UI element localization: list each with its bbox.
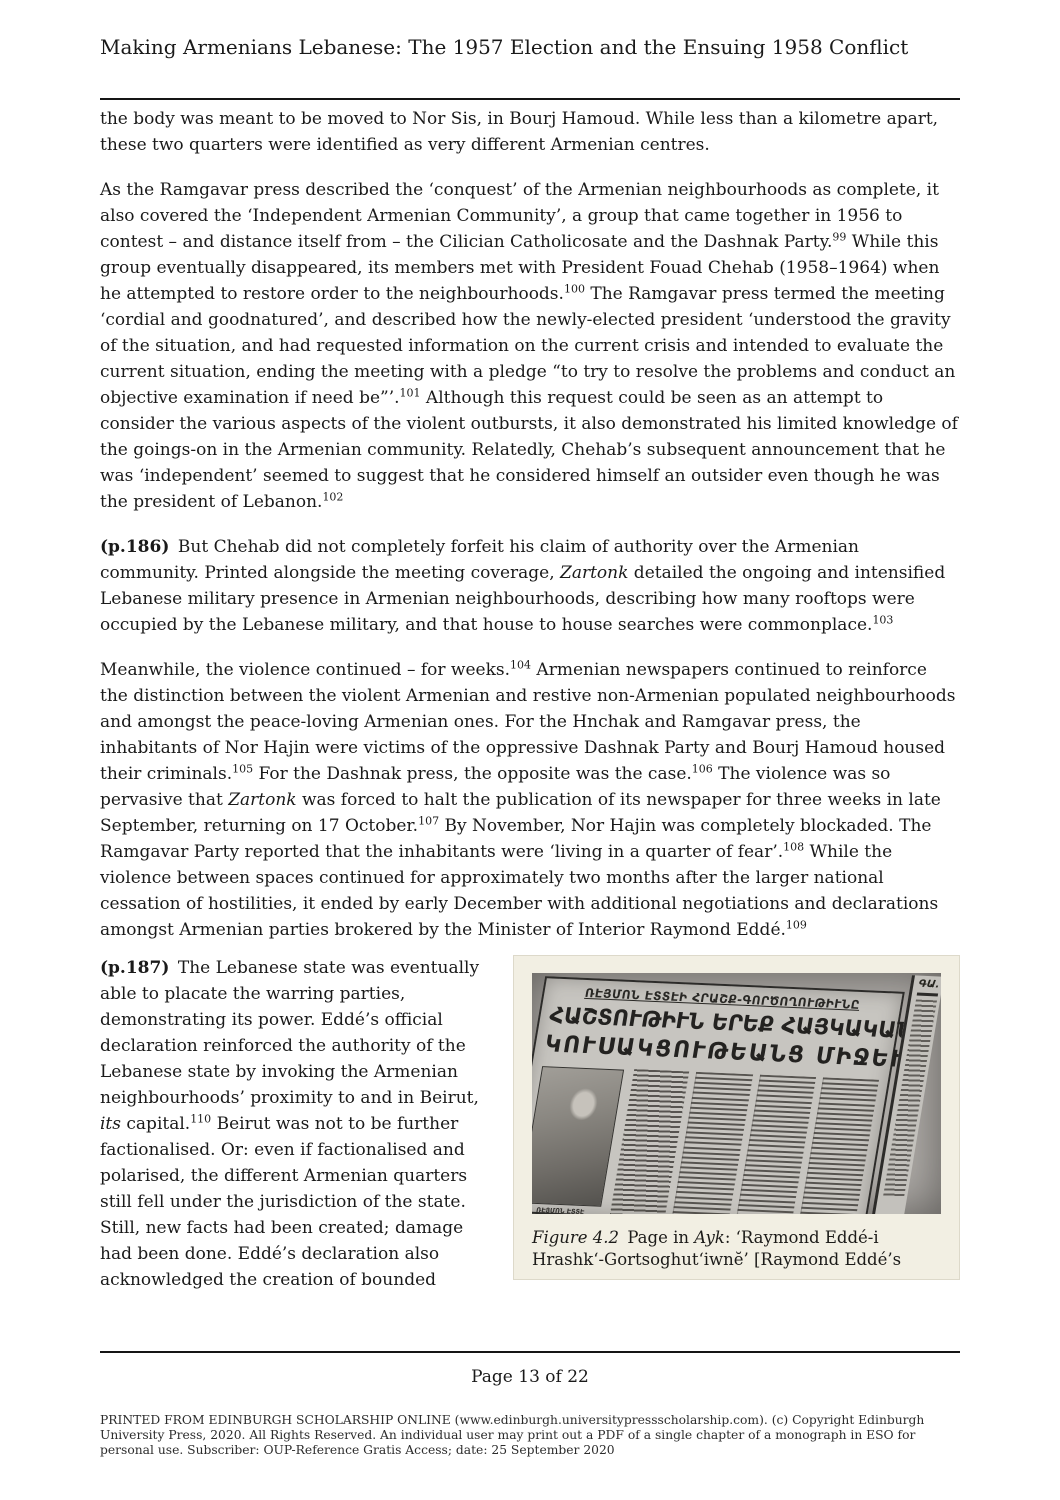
page-footer: Page 13 of 22 PRINTED FROM EDINBURGH SCH…	[100, 1351, 960, 1458]
paragraph-1: the body was meant to be moved to Nor Si…	[100, 106, 960, 158]
header-divider	[100, 98, 960, 100]
paragraph-2: As the Ramgavar press described the ‘con…	[100, 177, 960, 515]
figure-4-2: ՌԷՅՄՈՆ ԷՏՏԷԻ ՀՐԱՇՔ-ԳՈՐԾՈՂՈՒԹԻՒՆԸ ՀԱՇՏՈՒԹ…	[513, 955, 960, 1280]
paragraph-4: Meanwhile, the violence continued – for …	[100, 657, 960, 943]
portrait-caption: ՌԷՅՄՈՆ ԷՏՏԷ	[532, 1205, 604, 1214]
footer-divider	[100, 1351, 960, 1353]
newspaper-sheet: ՌԷՅՄՈՆ ԷՏՏԷԻ ՀՐԱՇՔ-ԳՈՐԾՈՂՈՒԹԻՒՆԸ ՀԱՇՏՈՒԹ…	[532, 976, 905, 1214]
paragraph-3: (p.186) But Chehab did not completely fo…	[100, 534, 960, 638]
page-number: Page 13 of 22	[100, 1365, 960, 1389]
adjacent-column-masthead: ԳԱ.	[917, 979, 941, 997]
figure-caption: Figure 4.2 Page in Ayk: ‘Raymond Eddé-i …	[532, 1227, 941, 1271]
copyright-fine-print: PRINTED FROM EDINBURGH SCHOLARSHIP ONLIN…	[100, 1413, 960, 1458]
page-title: Making Armenians Lebanese: The 1957 Elec…	[100, 34, 960, 60]
figure-and-text-section: ՌԷՅՄՈՆ ԷՏՏԷԻ ՀՐԱՇՔ-ԳՈՐԾՈՂՈՒԹԻՒՆԸ ՀԱՇՏՈՒԹ…	[100, 955, 960, 1293]
newspaper-photo: ՌԷՅՄՈՆ ԷՏՏԷԻ ՀՐԱՇՔ-ԳՈՐԾՈՂՈՒԹԻՒՆԸ ՀԱՇՏՈՒԹ…	[532, 973, 941, 1214]
raymond-edde-portrait	[532, 1066, 624, 1207]
book-page: { "header": { "title": "Making Armenians…	[0, 0, 1060, 1500]
newspaper-body: ՌԷՅՄՈՆ ԷՏՏԷ	[532, 1065, 879, 1214]
